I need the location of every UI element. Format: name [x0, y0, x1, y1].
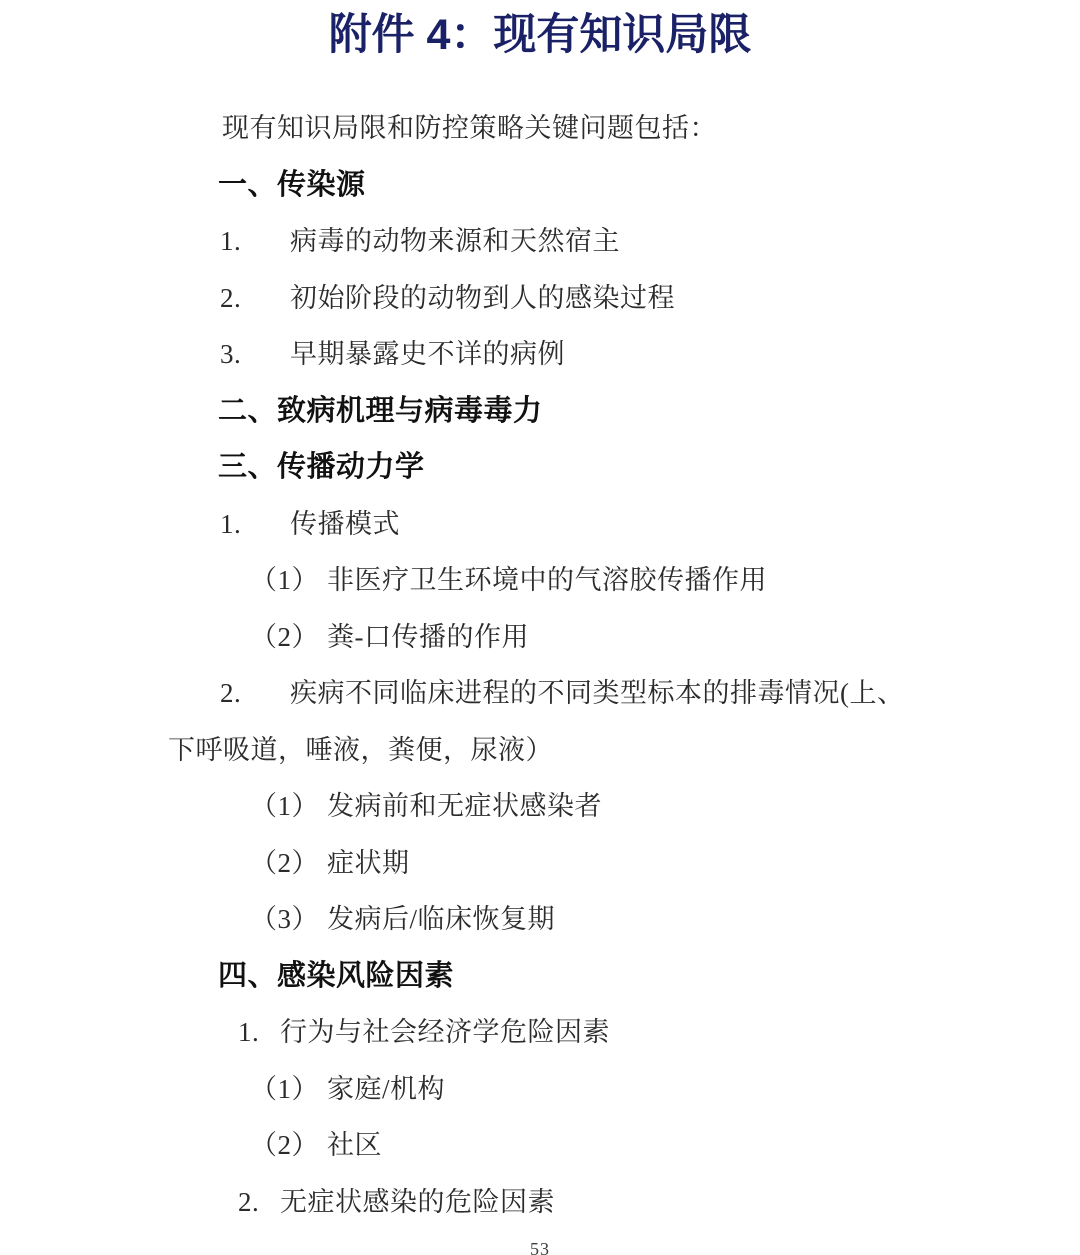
heading-marker: 一、: [218, 157, 277, 214]
sub-list-marker: （3）: [250, 891, 319, 948]
sub-list-marker: （2）: [250, 835, 319, 892]
list-text: 行为与社会经济学危险因素: [280, 1017, 610, 1047]
heading-text: 致病机理与病毒毒力: [277, 395, 543, 427]
list-item: 2.疾病不同临床进程的不同类型标本的排毒情况(上、: [168, 665, 912, 722]
list-marker: 1.: [220, 496, 290, 553]
heading-marker: 三、: [218, 439, 277, 496]
sub-list-item: （1）非医疗卫生环境中的气溶胶传播作用: [168, 552, 912, 609]
sub-list-text: 非医疗卫生环境中的气溶胶传播作用: [327, 565, 767, 595]
list-text: 病毒的动物来源和天然宿主: [290, 226, 620, 256]
list-marker: 2.: [220, 270, 290, 327]
sub-list-marker: （2）: [250, 1117, 319, 1174]
heading-text: 传播动力学: [277, 451, 425, 483]
sub-list-text: 症状期: [327, 848, 410, 878]
section-heading-2: 二、致病机理与病毒毒力: [168, 383, 912, 440]
list-item: 2.初始阶段的动物到人的感染过程: [168, 270, 912, 327]
attachment-title: 附件 4：现有知识局限: [168, 8, 912, 62]
wrapped-line: 下呼吸道，唾液，粪便，尿液）: [168, 722, 912, 779]
section-heading-3: 三、传播动力学: [168, 439, 912, 496]
sub-list-marker: （2）: [250, 609, 319, 666]
list-text: 早期暴露史不详的病例: [290, 339, 565, 369]
sub-list-item: （2）社区: [168, 1117, 912, 1174]
list-item: 1.传播模式: [168, 496, 912, 553]
list-item: 2.无症状感染的危险因素: [168, 1174, 912, 1231]
sub-list-text: 家庭/机构: [327, 1074, 445, 1104]
sub-list-text: 粪-口传播的作用: [327, 622, 529, 652]
section-heading-1: 一、传染源: [168, 157, 912, 214]
heading-marker: 二、: [218, 383, 277, 440]
list-text: 无症状感染的危险因素: [280, 1187, 555, 1217]
list-text: 初始阶段的动物到人的感染过程: [290, 283, 675, 313]
section-heading-4: 四、感染风险因素: [168, 948, 912, 1005]
list-marker: 3.: [220, 326, 290, 383]
document-page: 附件 4：现有知识局限 现有知识局限和防控策略关键问题包括： 一、传染源 1.病…: [0, 8, 1080, 1255]
list-item: 3.早期暴露史不详的病例: [168, 326, 912, 383]
wrapped-line-text: 下呼吸道，唾液，粪便，尿液）: [168, 735, 553, 765]
heading-marker: 四、: [218, 948, 277, 1005]
sub-list-text: 发病后/临床恢复期: [327, 904, 555, 934]
sub-list-text: 社区: [327, 1130, 382, 1160]
sub-list-item: （1）家庭/机构: [168, 1061, 912, 1118]
list-marker: 2.: [238, 1174, 280, 1231]
intro-paragraph: 现有知识局限和防控策略关键问题包括：: [168, 100, 912, 157]
list-marker: 1.: [220, 213, 290, 270]
sub-list-marker: （1）: [250, 1061, 319, 1118]
sub-list-item: （1）发病前和无症状感染者: [168, 778, 912, 835]
sub-list-item: （3）发病后/临床恢复期: [168, 891, 912, 948]
heading-text: 感染风险因素: [277, 960, 454, 992]
page-number: 53: [0, 1239, 1080, 1255]
list-item: 1.行为与社会经济学危险因素: [168, 1004, 912, 1061]
list-item: 1.病毒的动物来源和天然宿主: [168, 213, 912, 270]
document-body: 现有知识局限和防控策略关键问题包括： 一、传染源 1.病毒的动物来源和天然宿主 …: [168, 100, 912, 1230]
list-marker: 2.: [220, 665, 290, 722]
list-marker: 1.: [238, 1004, 280, 1061]
heading-text: 传染源: [277, 169, 366, 201]
sub-list-item: （2）粪-口传播的作用: [168, 609, 912, 666]
sub-list-marker: （1）: [250, 552, 319, 609]
list-text: 传播模式: [290, 509, 400, 539]
list-text: 疾病不同临床进程的不同类型标本的排毒情况(上、: [290, 678, 905, 708]
sub-list-marker: （1）: [250, 778, 319, 835]
sub-list-text: 发病前和无症状感染者: [327, 791, 602, 821]
intro-text: 现有知识局限和防控策略关键问题包括：: [222, 113, 717, 143]
sub-list-item: （2）症状期: [168, 835, 912, 892]
